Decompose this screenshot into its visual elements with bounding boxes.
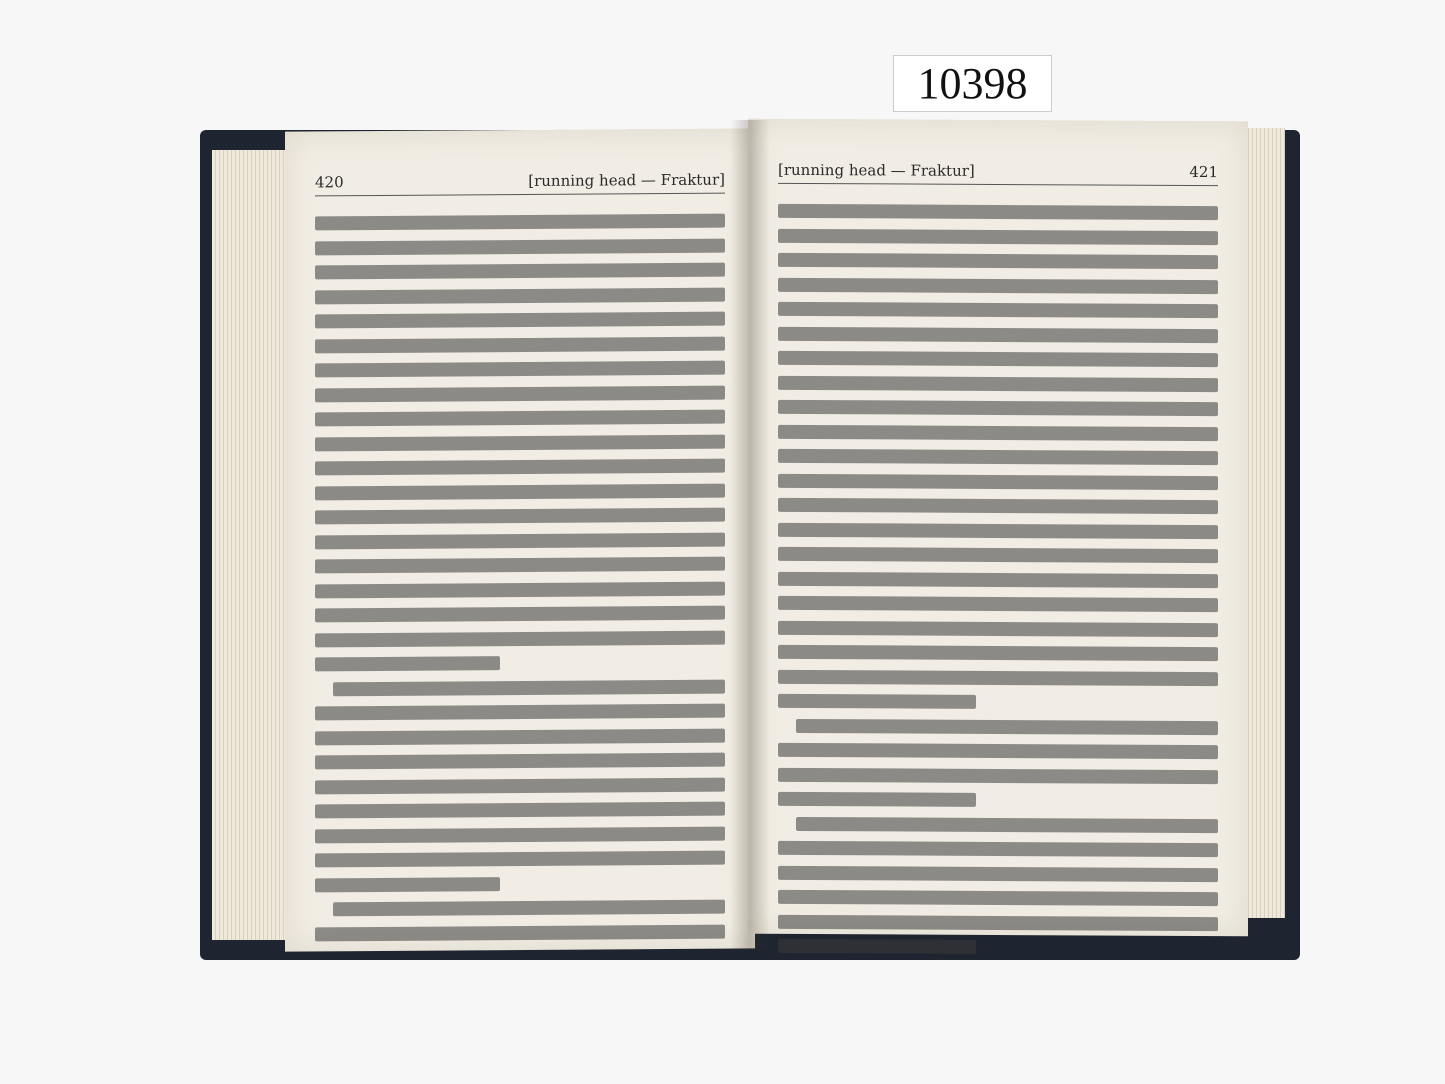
text-line <box>778 228 1218 244</box>
left-header-title: [running head — Fraktur] <box>528 171 725 190</box>
text-line <box>315 802 725 819</box>
text-line <box>778 914 1218 930</box>
text-line <box>778 767 1218 783</box>
text-line <box>315 434 725 451</box>
text-line <box>315 508 725 525</box>
text-line <box>315 557 725 574</box>
text-line <box>778 498 1218 514</box>
text-line <box>796 718 1218 734</box>
right-body-text <box>778 204 1218 876</box>
text-line <box>796 816 1218 832</box>
text-line <box>778 400 1218 416</box>
text-line <box>778 645 1218 661</box>
text-line <box>778 522 1218 538</box>
text-line <box>315 238 725 255</box>
text-line <box>333 900 725 917</box>
inventory-number: 10398 <box>918 58 1028 109</box>
text-line <box>315 728 725 745</box>
text-line <box>315 483 725 500</box>
text-line <box>778 424 1218 440</box>
text-line <box>778 939 976 954</box>
text-line <box>315 532 725 549</box>
text-line <box>315 410 725 427</box>
text-line <box>778 620 1218 636</box>
text-line <box>315 287 725 304</box>
left-page-number: 420 <box>315 173 344 191</box>
text-line <box>315 385 725 402</box>
text-line <box>315 630 725 647</box>
text-line <box>315 263 725 280</box>
text-line <box>315 777 725 794</box>
text-line <box>315 581 725 598</box>
text-line <box>778 547 1218 563</box>
text-line <box>315 606 725 623</box>
inventory-sticker: 10398 <box>893 55 1052 112</box>
right-header-title: [running head — Fraktur] <box>778 161 975 180</box>
text-line <box>315 214 725 231</box>
text-line <box>315 459 725 476</box>
left-running-head: 420 [running head — Fraktur] <box>315 171 725 197</box>
text-line <box>778 743 1218 759</box>
text-line <box>778 571 1218 587</box>
left-body-text <box>315 214 725 892</box>
left-page: 420 [running head — Fraktur] <box>285 128 755 951</box>
text-line <box>315 336 725 353</box>
text-line <box>315 656 500 671</box>
text-line <box>778 841 1218 857</box>
text-line <box>315 826 725 843</box>
text-line <box>778 253 1218 269</box>
text-line <box>315 704 725 721</box>
text-line <box>778 326 1218 342</box>
text-line <box>315 924 725 941</box>
right-page-number: 421 <box>1189 163 1218 181</box>
text-line <box>778 596 1218 612</box>
text-line <box>333 679 725 696</box>
text-line <box>778 669 1218 685</box>
text-line <box>778 375 1218 391</box>
text-line <box>315 753 725 770</box>
book-gutter <box>730 120 770 950</box>
text-line <box>778 277 1218 293</box>
text-line <box>778 890 1218 906</box>
text-line <box>778 865 1218 881</box>
text-line <box>778 792 976 807</box>
right-running-head: [running head — Fraktur] 421 <box>778 161 1218 186</box>
text-line <box>778 694 976 709</box>
text-line <box>315 851 725 868</box>
right-page: [running head — Fraktur] 421 <box>748 119 1248 937</box>
text-line <box>778 204 1218 220</box>
text-line <box>778 351 1218 367</box>
text-line <box>315 312 725 329</box>
text-line <box>778 449 1218 465</box>
text-line <box>778 302 1218 318</box>
text-line <box>315 361 725 378</box>
text-line <box>315 877 500 892</box>
text-line <box>778 473 1218 489</box>
page-edges-left <box>212 150 292 940</box>
